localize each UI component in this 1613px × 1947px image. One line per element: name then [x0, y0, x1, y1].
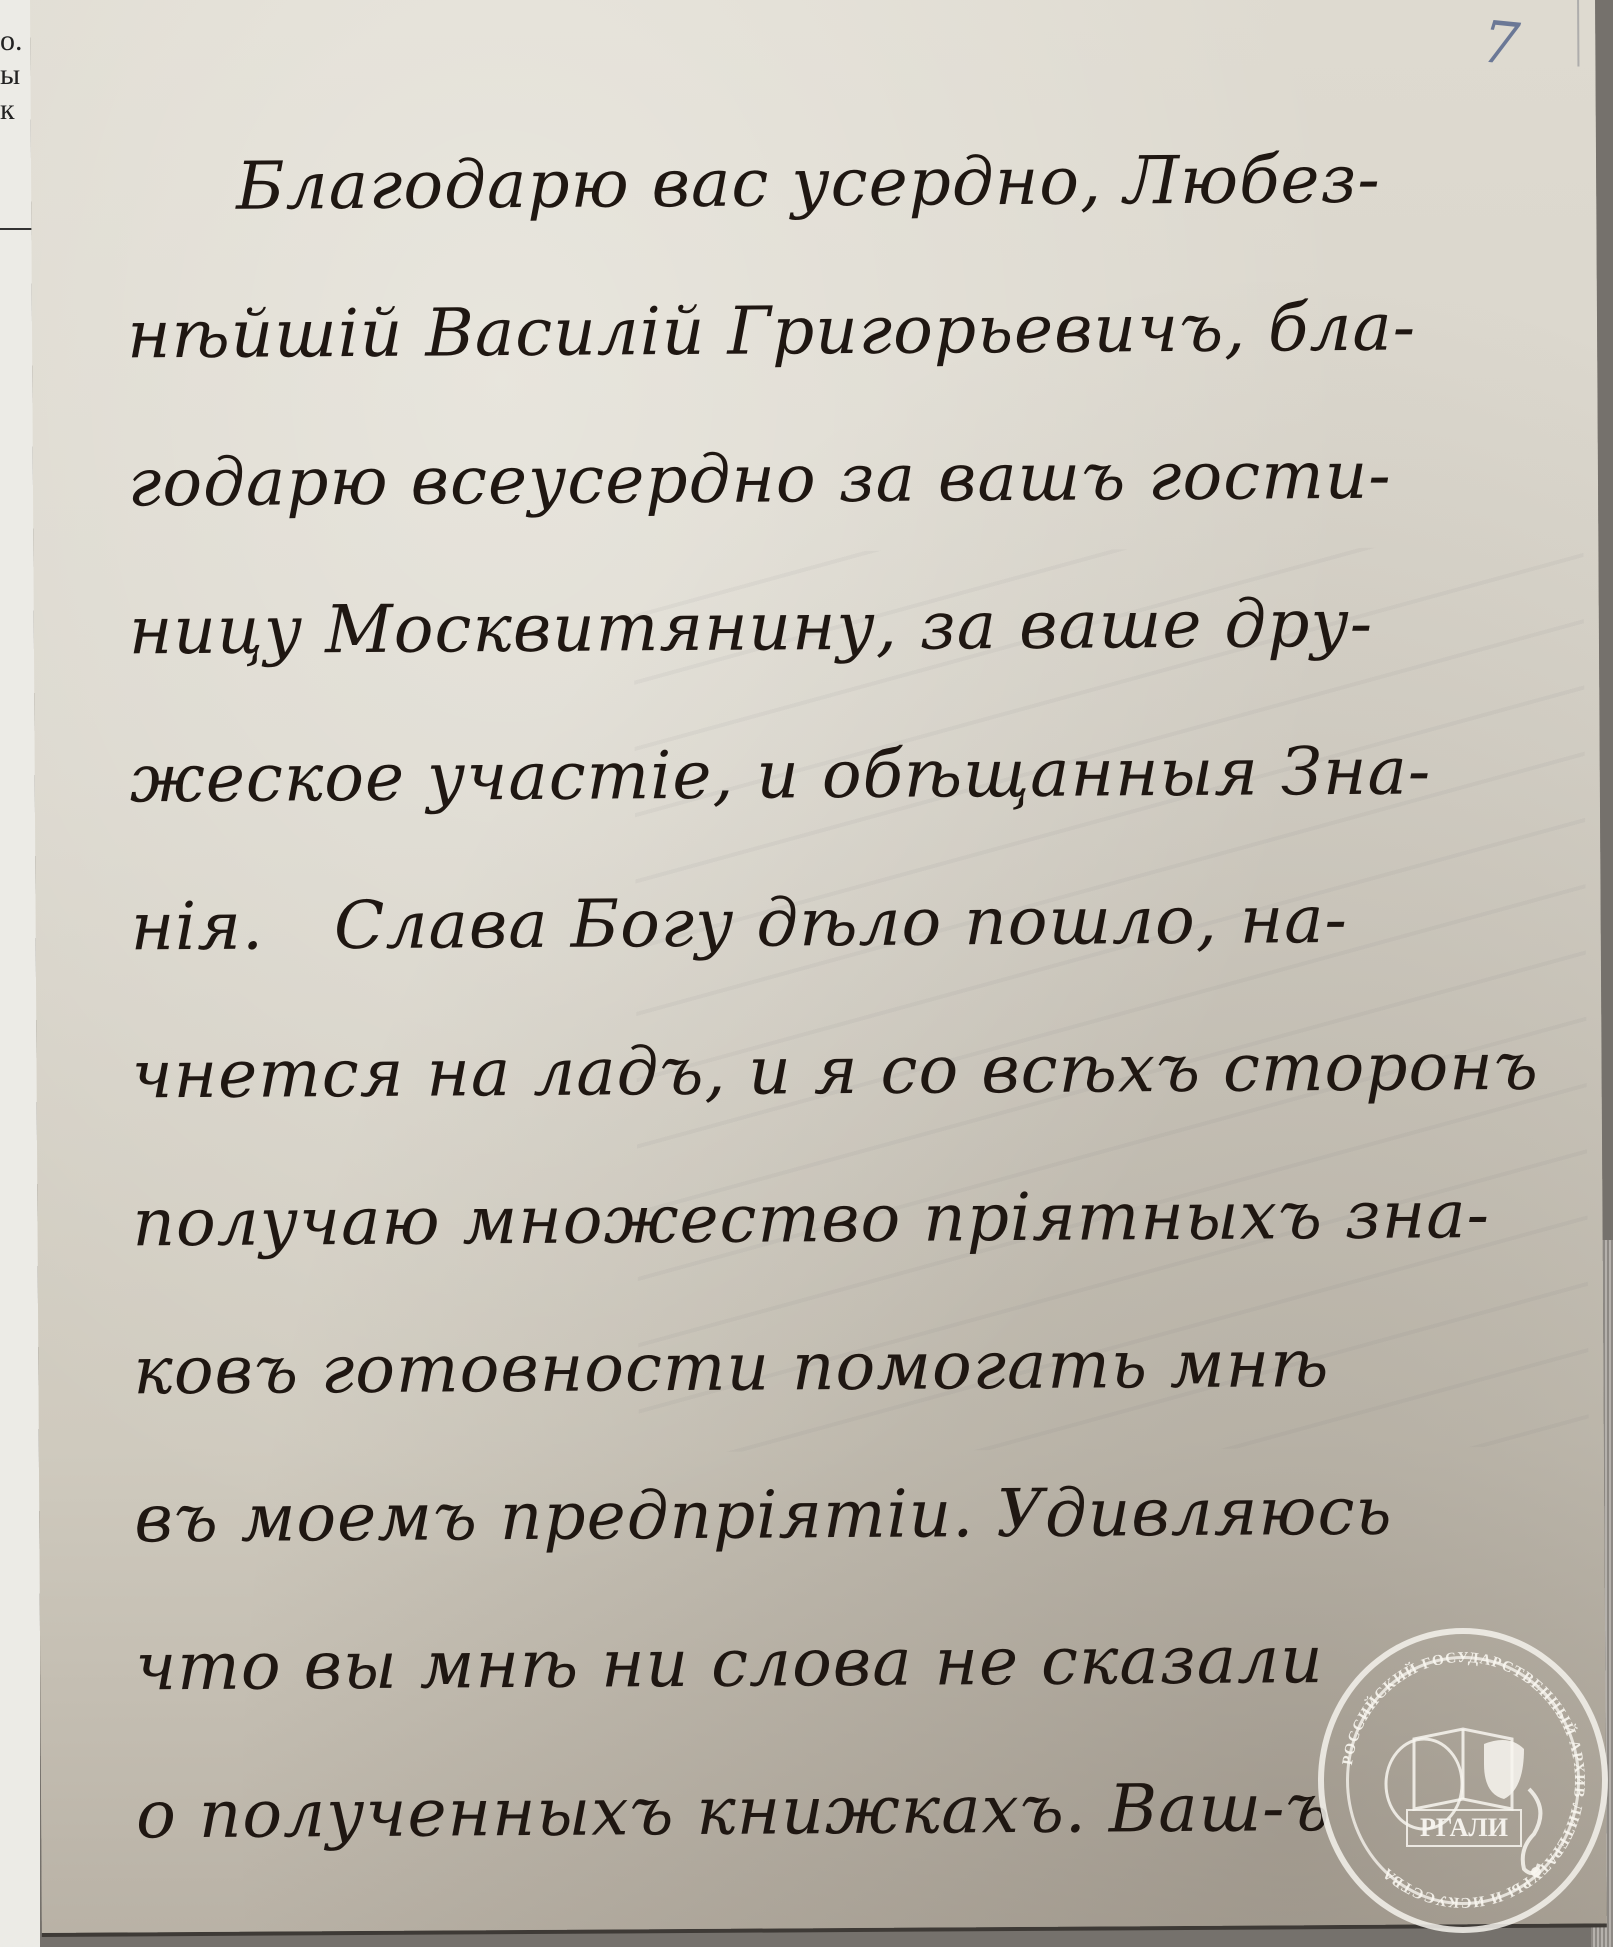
letter-line: чнется на ладъ, и я со всѣхъ сторонъ: [131, 992, 1613, 1149]
photo-scene: о. ы к 7 Благодарю вас усердно, Любез- н…: [0, 0, 1613, 1947]
stamp-abbreviation: РГАЛИ: [1406, 1809, 1522, 1847]
archive-stamp-rgali: РОССИЙСКИЙ ГОСУДАРСТВЕННЫЙ АРХИВ ЛИТЕРАТ…: [1318, 1628, 1608, 1933]
letter-line: нѣйшій Василій Григорьевичъ, бла-: [127, 252, 1613, 409]
printed-glyph: ы: [0, 60, 20, 90]
folio-number: 7: [1479, 7, 1522, 78]
printed-glyph: к: [0, 95, 15, 125]
letter-line: получаю множество пріятныхъ зна-: [132, 1140, 1613, 1297]
letter-line: Благодарю вас усердно, Любез-: [126, 104, 1613, 261]
printed-glyph: о.: [0, 26, 23, 56]
letter-line: годарю всеусердно за вашъ гости-: [128, 400, 1613, 557]
letter-line: въ моемъ предпріятіи. Удивляюсь: [134, 1436, 1613, 1593]
letter-line: жеское участіе, и обѣщанныя Зна-: [129, 696, 1613, 853]
pencil-margin-mark: [1577, 0, 1579, 67]
stamp-emblem-icon: РОССИЙСКИЙ ГОСУДАРСТВЕННЫЙ АРХИВ ЛИТЕРАТ…: [1324, 1634, 1602, 1927]
letter-line: ницу Москвитянину, за ваше дру-: [128, 548, 1613, 705]
letter-line: ковъ готовности помогать мнѣ: [133, 1288, 1613, 1445]
letter-body: Благодарю вас усердно, Любез- нѣйшій Вас…: [126, 104, 1613, 1889]
letter-line: нія.Слава Богу дѣло пошло, на-: [130, 844, 1613, 1001]
